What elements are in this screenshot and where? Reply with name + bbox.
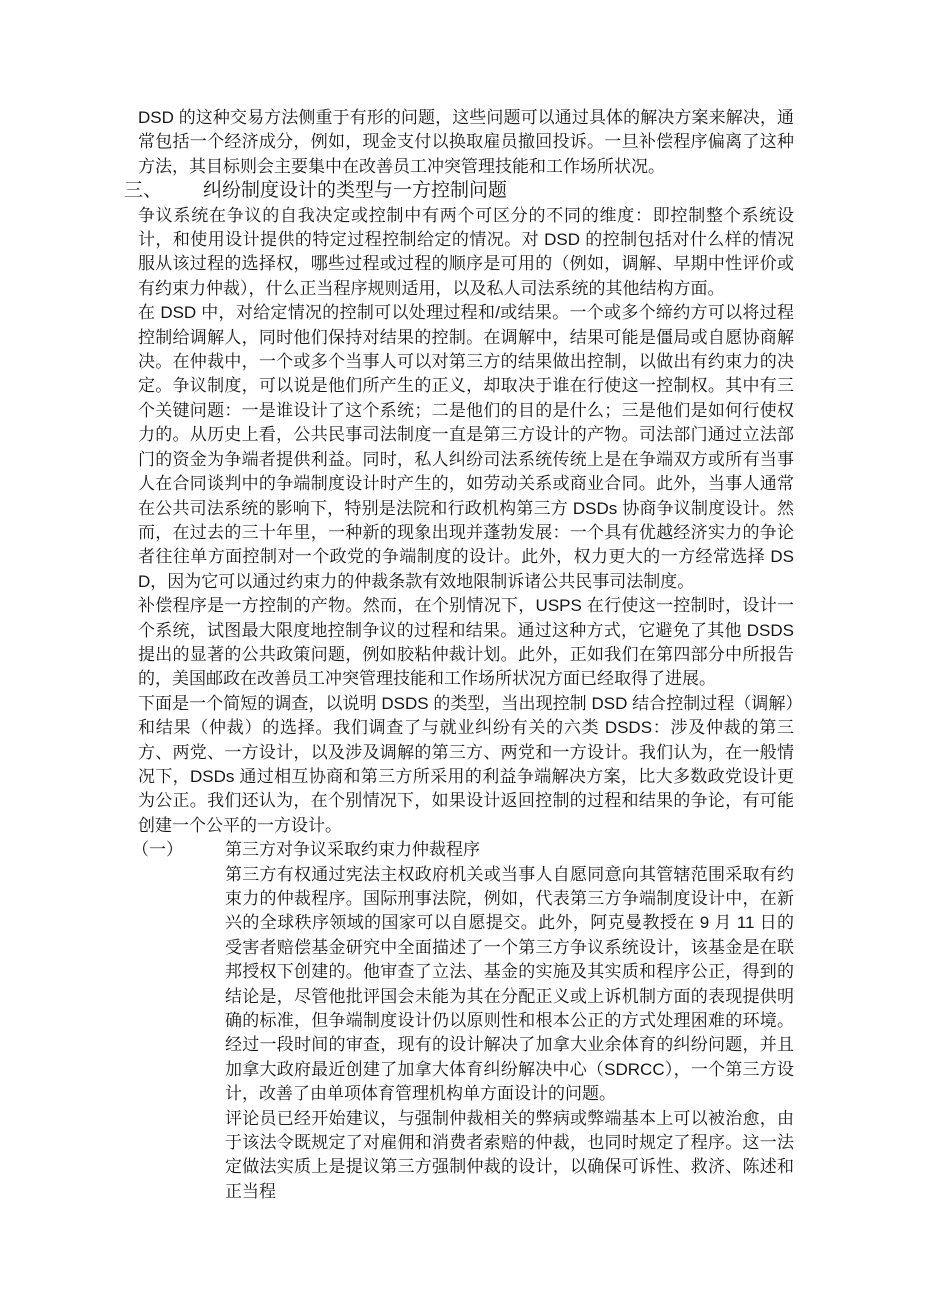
- paragraph-third-party-binding-arbitration: 第三方有权通过宪法主权政府机关或当事人自愿同意向其管辖范围采取有约束力的仲裁程序…: [225, 863, 794, 1107]
- paragraph-dsd-transaction-method: DSD 的这种交易方法侧重于有形的问题，这些问题可以通过具体的解决方案来解决，通…: [138, 106, 794, 179]
- section-heading-title: 纠纷制度设计的类型与一方控制问题: [203, 180, 507, 201]
- subsection-heading-title: 第三方对争议采取约束力仲裁程序: [225, 840, 480, 859]
- subsection-heading: （一）第三方对争议采取约束力仲裁程序: [138, 838, 794, 862]
- subsection-heading-number: （一）: [132, 838, 225, 862]
- paragraph-dispute-system-dimensions: 争议系统在争议的自我决定或控制中有两个可区分的不同的维度：即控制整个系统设计，和…: [138, 204, 794, 302]
- paragraph-compensation-program: 补偿程序是一方控制的产物。然而，在个别情况下，USPS 在行使这一控制时，设计一…: [138, 594, 794, 692]
- document-content: DSD 的这种交易方法侧重于有形的问题，这些问题可以通过具体的解决方案来解决，通…: [138, 106, 794, 1204]
- document-page: DSD 的这种交易方法侧重于有形的问题，这些问题可以通过具体的解决方案来解决，通…: [0, 0, 926, 1309]
- section-heading: 三、纠纷制度设计的类型与一方控制问题: [138, 179, 794, 203]
- paragraph-dsd-control-process-outcome: 在 DSD 中，对给定情况的控制可以处理过程和/或结果。一个或多个缔约方可以将过…: [138, 301, 794, 594]
- paragraph-commentators-mandatory-arbitration: 评论员已经开始建议，与强制仲裁相关的弊病或弊端基本上可以被治愈，由于该法令既规定…: [225, 1107, 794, 1205]
- section-heading-number: 三、: [124, 179, 203, 203]
- paragraph-survey-of-dsds-types: 下面是一个简短的调查，以说明 DSDS 的类型，当出现控制 DSD 结合控制过程…: [138, 692, 794, 838]
